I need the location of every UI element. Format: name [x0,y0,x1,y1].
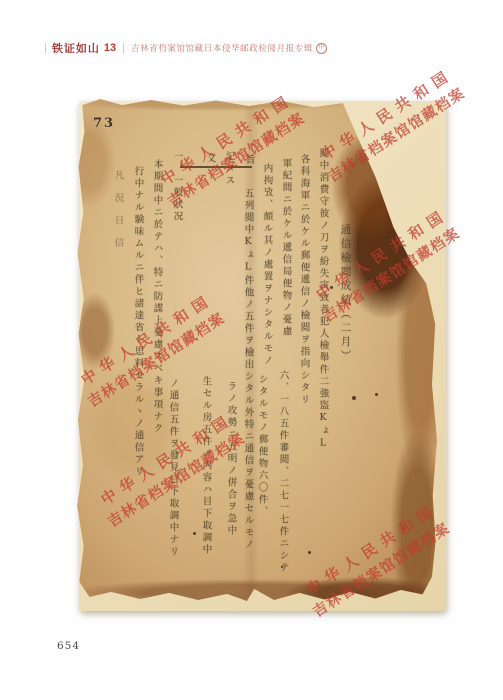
document-text-column: 閲中消費守彼ノ刀ヲ紛失寅致者犯人檢舉件二強盜KょL [318,148,328,451]
series-title: 铁证如山 [52,40,100,56]
document-text-column: ノ通信五件ヲ發見目下取調中ナリ [168,378,178,558]
underline-rule [180,166,252,168]
paper-speck [193,532,196,535]
document-text-column: シタルモノ郵便物六〇件、 [257,374,267,518]
document-text-column: 記メス [224,151,234,187]
document-text-column: 一、一般狀况 [172,151,182,223]
document-text-column: 行中ナル験味ムルニ伴ヒ諸達省ト思料セラルヽノ通信アリ [133,166,143,478]
paper-speck [281,566,283,568]
document-text-column: 各科海軍ニ於ケル郵便遞信ノ檢閲ヲ指向シタリ [299,154,309,406]
paper-speck [308,551,311,554]
document-text-column: 本期間中ニ於テハ、特ニ防諜上憂慮スベキ事項ナク [152,159,162,435]
volume-mark-icon: 中 [316,43,327,54]
document-text-column: 六、一八五件審閲、二七一七件ニシテ [278,370,288,574]
document-text-column: 五列閲中KょL件他ノ五件ヲ檢出シタル外特ニ通信ヲ憂慮セルモノ [243,188,253,551]
header-divider: | [122,42,125,54]
paper-speck [375,393,378,396]
document-text-column: 軍紀間ニ於ケル遞信局便物ノ憂慮 [281,158,291,338]
series-number: 13 [104,42,116,54]
document-text-column: 文 [205,153,215,165]
page-number: 654 [57,640,80,652]
document-text-column: 生セル房五件ノ内容ハ目下取調中 [201,376,211,556]
header-divider: | [44,42,47,54]
book-header: | 铁证如山 13 | 吉林省档案馆馆藏日本侵华邮政检阅月报专辑 中 [44,40,327,56]
document-text-column: 通信檢閲成績（二月） [340,224,351,364]
book-page: { "header": { "divider": "|", "series_ti… [0,0,503,700]
document-text-column: 内拘攷、頗ル其ノ處置ヲナシタルモノ [262,163,272,367]
folio-number: 73 [93,116,115,131]
header-subtitle: 吉林省档案馆馆藏日本侵华邮政检阅月报专辑 [131,42,313,54]
paper-speck [352,396,356,400]
document-text-column: 旨 [243,154,253,167]
document-scan: 73 通信檢閲成績（二月）閲中消費守彼ノ刀ヲ紛失寅致者犯人檢舉件二強盜KょL各科… [73,93,453,617]
document-text-column: 凡況日信 [113,170,123,260]
document-text-column: ラノ攻勢ニ五明ノ倂合ヲ急中 [226,381,236,537]
paper-speck [330,286,333,289]
